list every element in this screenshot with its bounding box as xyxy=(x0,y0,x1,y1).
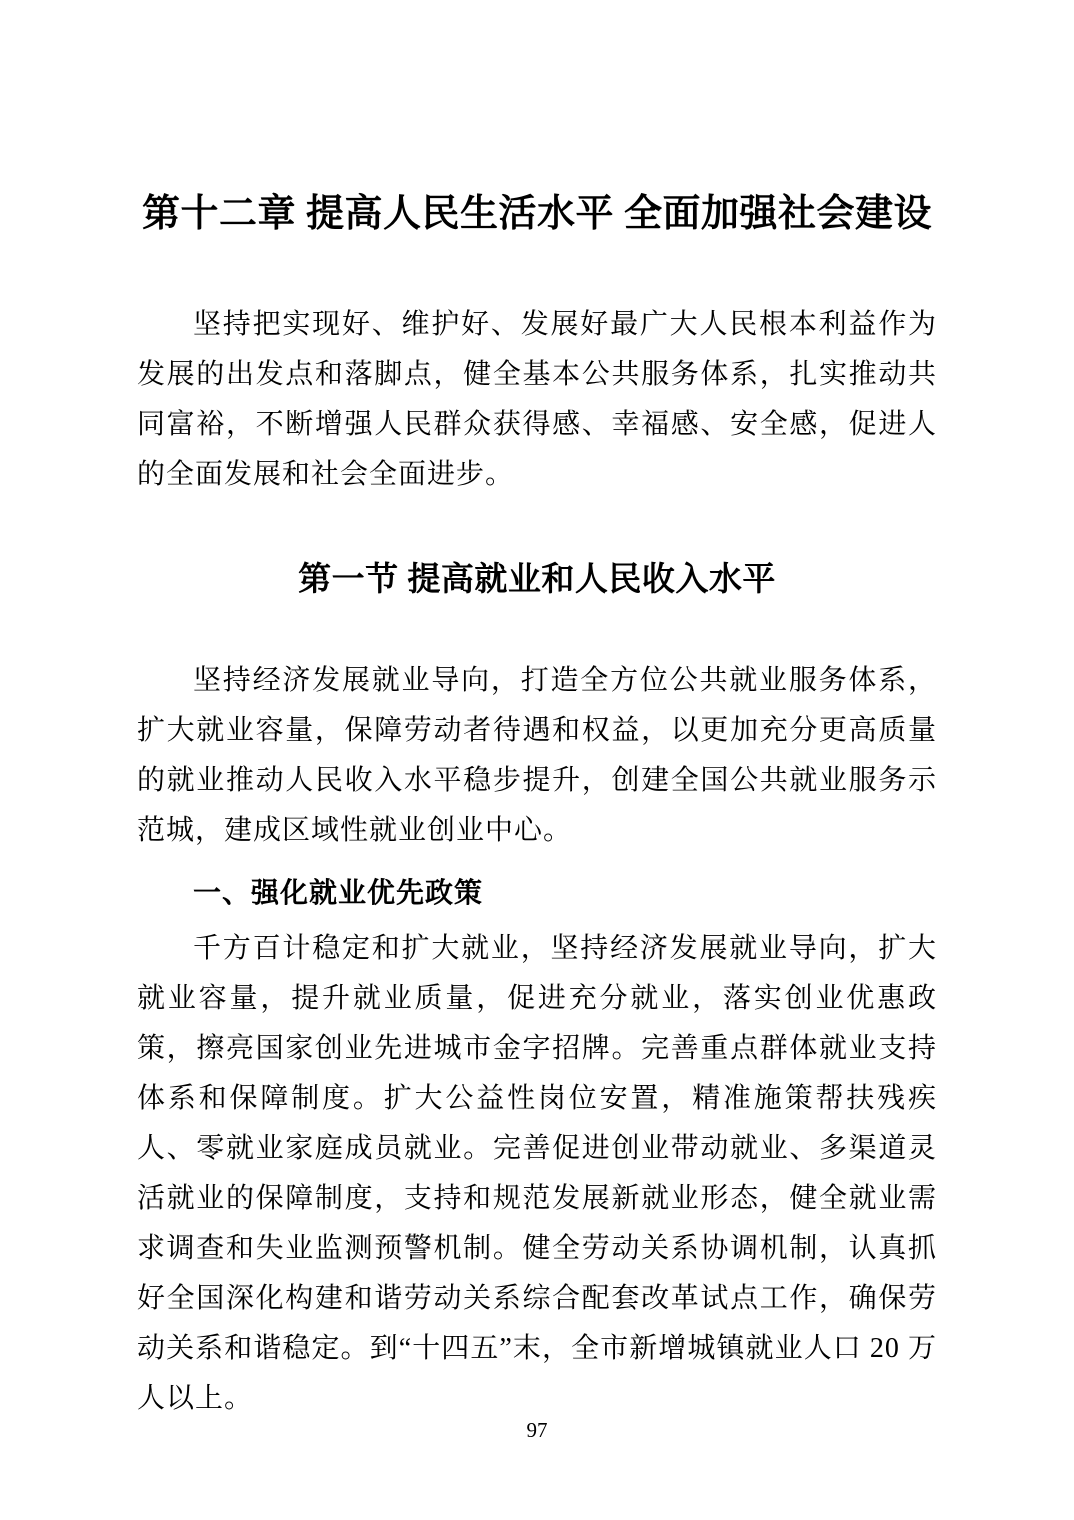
document-page: 第十二章 提高人民生活水平 全面加强社会建设 坚持把实现好、维护好、发展好最广大… xyxy=(0,0,1074,1520)
page-content: 第十二章 提高人民生活水平 全面加强社会建设 坚持把实现好、维护好、发展好最广大… xyxy=(0,0,1074,1424)
subsection-heading: 一、强化就业优先政策 xyxy=(137,868,937,918)
section-title: 第一节 提高就业和人民收入水平 xyxy=(137,556,937,604)
page-number: 97 xyxy=(0,1418,1074,1442)
intro-paragraph: 坚持把实现好、维护好、发展好最广大人民根本利益作为发展的出发点和落脚点，健全基本… xyxy=(137,300,937,500)
chapter-title: 第十二章 提高人民生活水平 全面加强社会建设 xyxy=(137,0,937,238)
subsection-paragraph: 千方百计稳定和扩大就业，坚持经济发展就业导向，扩大就业容量，提升就业质量，促进充… xyxy=(137,924,937,1424)
section-lead-paragraph: 坚持经济发展就业导向，打造全方位公共就业服务体系，扩大就业容量，保障劳动者待遇和… xyxy=(137,656,937,856)
